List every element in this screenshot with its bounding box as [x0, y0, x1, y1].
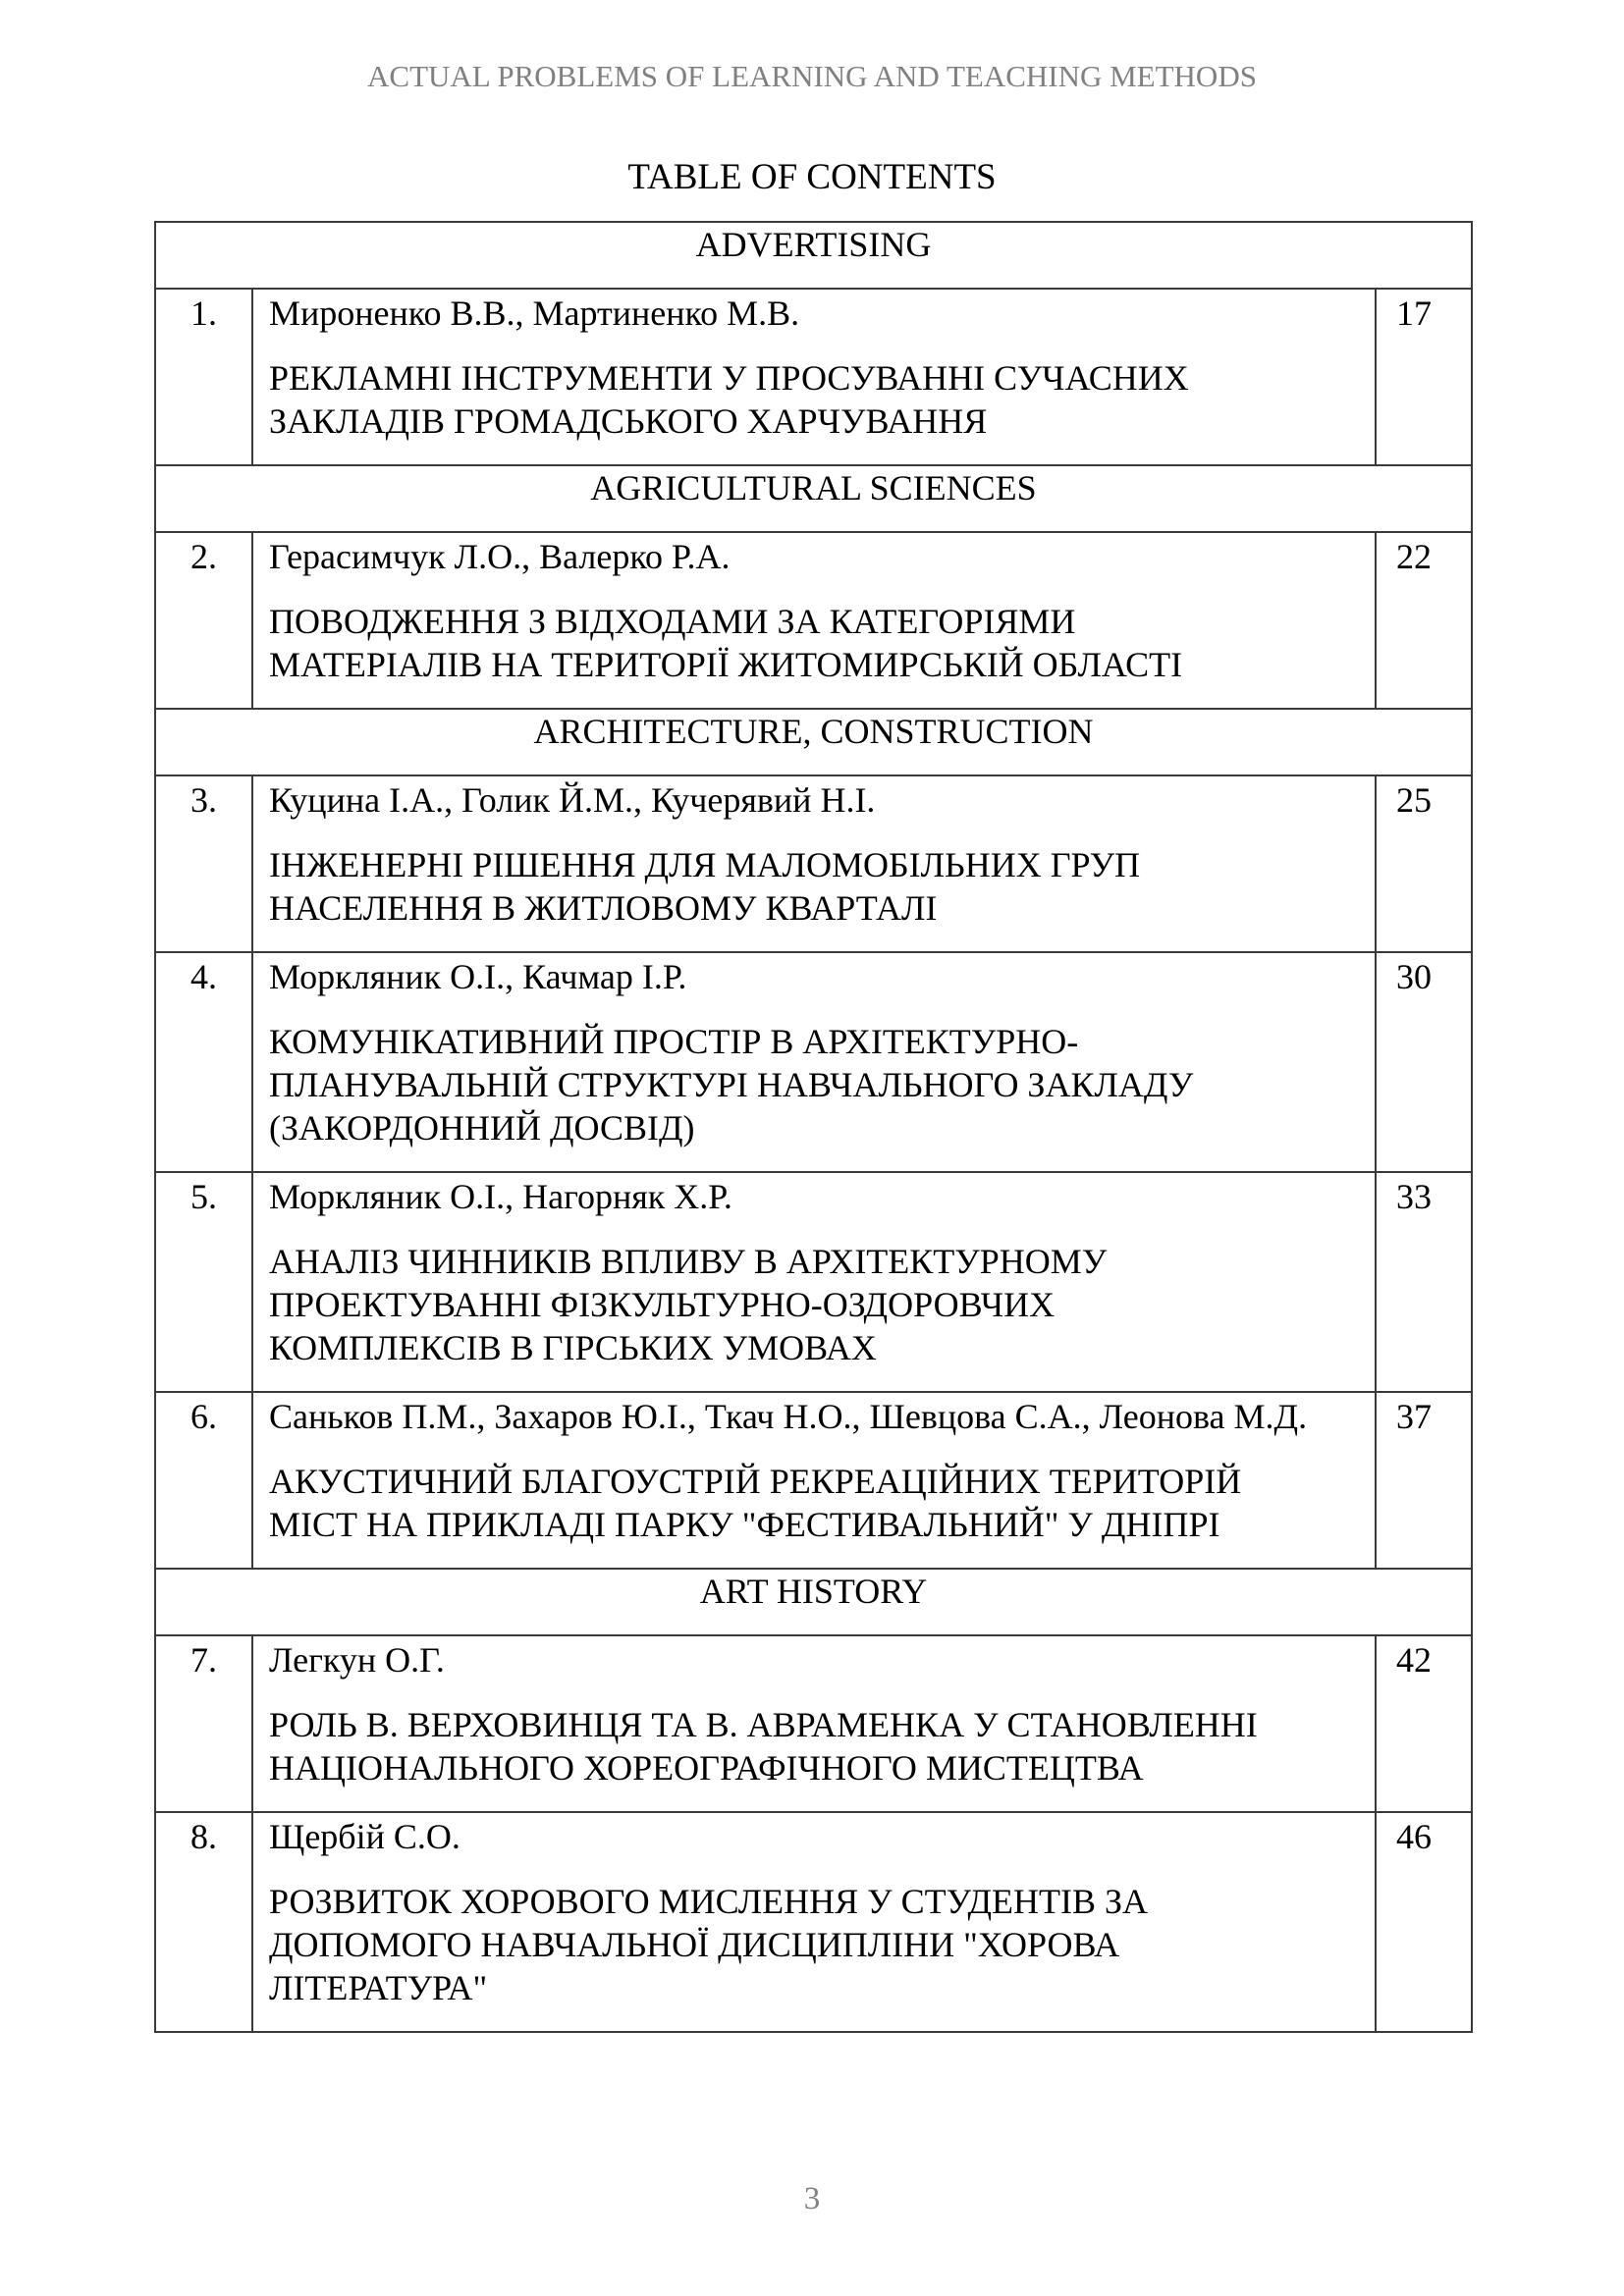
section-heading-row: ART HISTORY — [155, 1569, 1472, 1635]
entry-title-line: КОМУНІКАТИВНИЙ ПРОСТІР В АРХІТЕКТУРНО- — [269, 1020, 1359, 1063]
toc-entry-row: 7.Легкун О.Г.РОЛЬ В. ВЕРХОВИНЦЯ ТА В. АВ… — [155, 1635, 1472, 1812]
entry-page-number: 33 — [1376, 1172, 1472, 1392]
toc-entry-row: 1.Мироненко В.В., Мартиненко М.В.РЕКЛАМН… — [155, 289, 1472, 465]
page-number: 3 — [0, 2179, 1624, 2218]
entry-number: 7. — [155, 1635, 252, 1812]
entry-number: 1. — [155, 289, 252, 465]
entry-title-line: РЕКЛАМНІ ІНСТРУМЕНТИ У ПРОСУВАННІ СУЧАСН… — [269, 356, 1359, 400]
entry-page-number: 22 — [1376, 532, 1472, 709]
section-heading: AGRICULTURAL SCIENCES — [155, 465, 1472, 532]
toc-entry-row: 8.Щербій С.О.РОЗВИТОК ХОРОВОГО МИСЛЕННЯ … — [155, 1812, 1472, 2032]
entry-number: 8. — [155, 1812, 252, 2032]
entry-title-line: МІСТ НА ПРИКЛАДІ ПАРКУ "ФЕСТИВАЛЬНИЙ" У … — [269, 1503, 1359, 1546]
page-title: TABLE OF CONTENTS — [0, 155, 1624, 200]
entry-title-line: КОМПЛЕКСІВ В ГІРСЬКИХ УМОВАХ — [269, 1326, 1359, 1369]
toc-entry-row: 6.Саньков П.М., Захаров Ю.І., Ткач Н.О.,… — [155, 1392, 1472, 1569]
section-heading-row: ADVERTISING — [155, 222, 1472, 289]
entry-body: Легкун О.Г.РОЛЬ В. ВЕРХОВИНЦЯ ТА В. АВРА… — [252, 1635, 1376, 1812]
entry-title: ІНЖЕНЕРНІ РІШЕННЯ ДЛЯ МАЛОМОБІЛЬНИХ ГРУП… — [269, 843, 1359, 930]
section-heading: ARCHITECTURE, CONSTRUCTION — [155, 709, 1472, 775]
entry-body: Щербій С.О.РОЗВИТОК ХОРОВОГО МИСЛЕННЯ У … — [252, 1812, 1376, 2032]
section-heading: ART HISTORY — [155, 1569, 1472, 1635]
toc-entry-row: 3.Куцина І.А., Голик Й.М., Кучерявий Н.І… — [155, 775, 1472, 952]
entry-page-number: 37 — [1376, 1392, 1472, 1569]
entry-authors: Герасимчук Л.О., Валерко Р.А. — [269, 535, 1359, 578]
entry-title-line: ПОВОДЖЕННЯ З ВІДХОДАМИ ЗА КАТЕГОРІЯМИ — [269, 600, 1359, 643]
toc-entry-row: 4.Моркляник О.І., Качмар І.Р.КОМУНІКАТИВ… — [155, 952, 1472, 1172]
entry-page-number: 46 — [1376, 1812, 1472, 2032]
entry-page-number: 25 — [1376, 775, 1472, 952]
entry-title-line: РОЗВИТОК ХОРОВОГО МИСЛЕННЯ У СТУДЕНТІВ З… — [269, 1880, 1359, 1923]
entry-title: АКУСТИЧНИЙ БЛАГОУСТРІЙ РЕКРЕАЦІЙНИХ ТЕРИ… — [269, 1460, 1359, 1546]
toc-entry-row: 2.Герасимчук Л.О., Валерко Р.А.ПОВОДЖЕНН… — [155, 532, 1472, 709]
entry-number: 6. — [155, 1392, 252, 1569]
entry-title: КОМУНІКАТИВНИЙ ПРОСТІР В АРХІТЕКТУРНО-ПЛ… — [269, 1020, 1359, 1149]
entry-page-number: 42 — [1376, 1635, 1472, 1812]
entry-title-line: ПРОЕКТУВАННІ ФІЗКУЛЬТУРНО-ОЗДОРОВЧИХ — [269, 1283, 1359, 1326]
entry-authors: Мироненко В.В., Мартиненко М.В. — [269, 292, 1359, 335]
entry-title-line: НАСЕЛЕННЯ В ЖИТЛОВОМУ КВАРТАЛІ — [269, 886, 1359, 930]
entry-number: 2. — [155, 532, 252, 709]
entry-title-line: НАЦІОНАЛЬНОГО ХОРЕОГРАФІЧНОГО МИСТЕЦТВА — [269, 1746, 1359, 1789]
entry-title-line: ЛІТЕРАТУРА" — [269, 1966, 1359, 2009]
entry-title: АНАЛІЗ ЧИННИКІВ ВПЛИВУ В АРХІТЕКТУРНОМУП… — [269, 1240, 1359, 1369]
entry-body: Моркляник О.І., Качмар І.Р.КОМУНІКАТИВНИ… — [252, 952, 1376, 1172]
entry-authors: Куцина І.А., Голик Й.М., Кучерявий Н.І. — [269, 778, 1359, 822]
running-header: ACTUAL PROBLEMS OF LEARNING AND TEACHING… — [0, 57, 1624, 96]
entry-number: 3. — [155, 775, 252, 952]
entry-title-line: МАТЕРІАЛІВ НА ТЕРИТОРІЇ ЖИТОМИРСЬКІЙ ОБЛ… — [269, 643, 1359, 686]
entry-number: 4. — [155, 952, 252, 1172]
section-heading: ADVERTISING — [155, 222, 1472, 289]
entry-body: Герасимчук Л.О., Валерко Р.А.ПОВОДЖЕННЯ … — [252, 532, 1376, 709]
entry-page-number: 17 — [1376, 289, 1472, 465]
entry-title-line: ПЛАНУВАЛЬНІЙ СТРУКТУРІ НАВЧАЛЬНОГО ЗАКЛА… — [269, 1063, 1359, 1106]
entry-title: РОЛЬ В. ВЕРХОВИНЦЯ ТА В. АВРАМЕНКА У СТА… — [269, 1703, 1359, 1789]
entry-title-line: АНАЛІЗ ЧИННИКІВ ВПЛИВУ В АРХІТЕКТУРНОМУ — [269, 1240, 1359, 1283]
entry-title-line: РОЛЬ В. ВЕРХОВИНЦЯ ТА В. АВРАМЕНКА У СТА… — [269, 1703, 1359, 1746]
section-heading-row: ARCHITECTURE, CONSTRUCTION — [155, 709, 1472, 775]
entry-authors: Моркляник О.І., Нагорняк Х.Р. — [269, 1175, 1359, 1218]
entry-authors: Щербій С.О. — [269, 1815, 1359, 1858]
entry-title: ПОВОДЖЕННЯ З ВІДХОДАМИ ЗА КАТЕГОРІЯМИМАТ… — [269, 600, 1359, 686]
entry-body: Куцина І.А., Голик Й.М., Кучерявий Н.І.І… — [252, 775, 1376, 952]
entry-title-line: ЗАКЛАДІВ ГРОМАДСЬКОГО ХАРЧУВАННЯ — [269, 400, 1359, 443]
entry-title-line: АКУСТИЧНИЙ БЛАГОУСТРІЙ РЕКРЕАЦІЙНИХ ТЕРИ… — [269, 1460, 1359, 1503]
entry-body: Саньков П.М., Захаров Ю.І., Ткач Н.О., Ш… — [252, 1392, 1376, 1569]
section-heading-row: AGRICULTURAL SCIENCES — [155, 465, 1472, 532]
entry-authors: Легкун О.Г. — [269, 1638, 1359, 1682]
toc-entry-row: 5.Моркляник О.І., Нагорняк Х.Р.АНАЛІЗ ЧИ… — [155, 1172, 1472, 1392]
entry-authors: Моркляник О.І., Качмар І.Р. — [269, 955, 1359, 998]
entry-title-line: (ЗАКОРДОННИЙ ДОСВІД) — [269, 1106, 1359, 1149]
table-of-contents: ADVERTISING1.Мироненко В.В., Мартиненко … — [154, 221, 1473, 2033]
entry-title: РОЗВИТОК ХОРОВОГО МИСЛЕННЯ У СТУДЕНТІВ З… — [269, 1880, 1359, 2009]
entry-number: 5. — [155, 1172, 252, 1392]
entry-title-line: ІНЖЕНЕРНІ РІШЕННЯ ДЛЯ МАЛОМОБІЛЬНИХ ГРУП — [269, 843, 1359, 886]
entry-authors: Саньков П.М., Захаров Ю.І., Ткач Н.О., Ш… — [269, 1395, 1359, 1438]
entry-title: РЕКЛАМНІ ІНСТРУМЕНТИ У ПРОСУВАННІ СУЧАСН… — [269, 356, 1359, 443]
entry-page-number: 30 — [1376, 952, 1472, 1172]
entry-title-line: ДОПОМОГО НАВЧАЛЬНОЇ ДИСЦИПЛІНИ "ХОРОВА — [269, 1923, 1359, 1966]
entry-body: Моркляник О.І., Нагорняк Х.Р.АНАЛІЗ ЧИНН… — [252, 1172, 1376, 1392]
entry-body: Мироненко В.В., Мартиненко М.В.РЕКЛАМНІ … — [252, 289, 1376, 465]
